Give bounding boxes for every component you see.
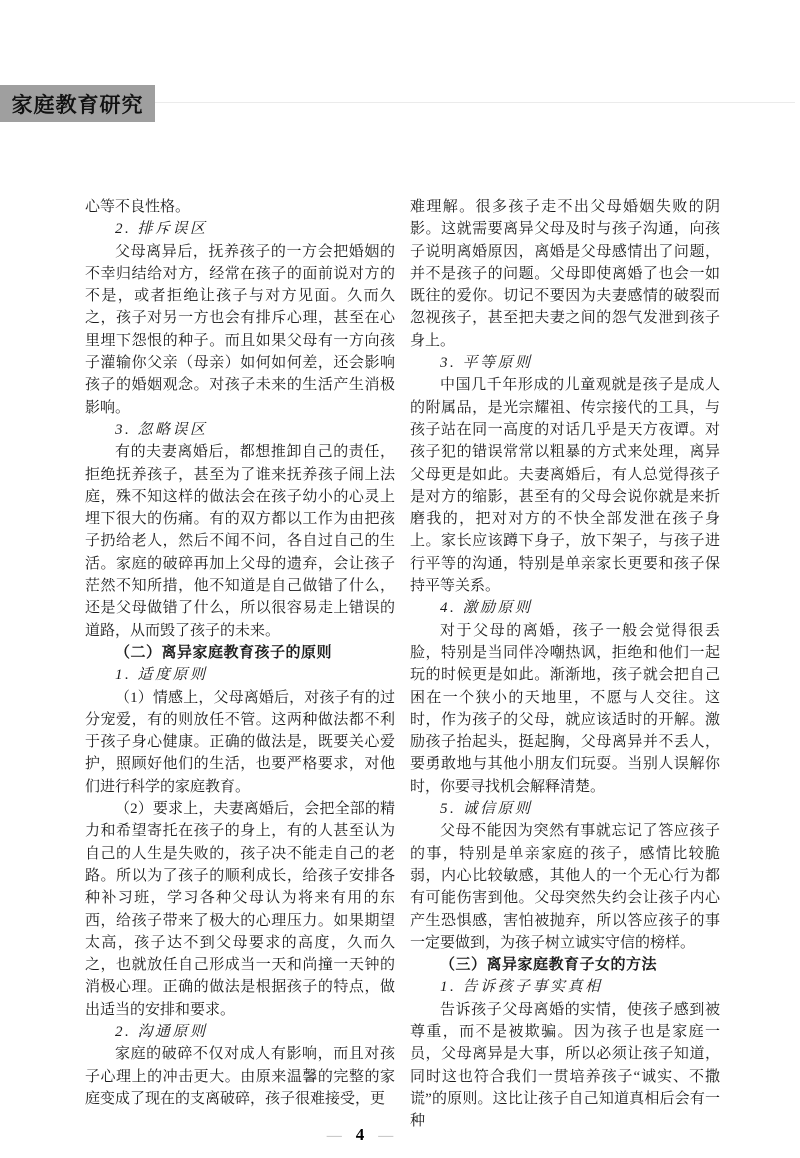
- paragraph: 家庭的破碎不仅对成人有影响，而且对孩子心理上的冲击更大。由原来温馨的完整的家庭变…: [85, 1043, 395, 1110]
- section-title: 家庭教育研究: [12, 89, 144, 119]
- paragraph: 父母不能因为突然有事就忘记了答应孩子的事，特别是单亲家庭的孩子，感情比较脆弱，内…: [410, 820, 720, 954]
- subheading-chengxin-yuanze: 5. 诚信原则: [410, 798, 720, 820]
- subheading-shidu-yuanze: 1. 适度原则: [85, 664, 395, 686]
- paragraph: 有的夫妻离婚后，都想推卸自己的责任，拒绝抚养孩子，甚至为了谁来抚养孩子闹上法庭，…: [85, 441, 395, 642]
- scanned-article-page: 家庭教育研究 心等不良性格。 2. 排斥误区 父母离异后，抚养孩子的一方会把婚姻…: [0, 0, 800, 1158]
- subheading-hulue-wuqu: 3. 忽略误区: [85, 419, 395, 441]
- left-column: 心等不良性格。 2. 排斥误区 父母离异后，抚养孩子的一方会把婚姻的不幸归结给对…: [85, 196, 395, 1132]
- page-number: 4: [356, 1125, 365, 1144]
- paragraph: （1）情感上，父母离婚后，对孩子有的过分宠爱，有的则放任不管。这两种做法都不利于…: [85, 687, 395, 798]
- paragraph: 父母离异后，抚养孩子的一方会把婚姻的不幸归结给对方，经常在孩子的面前说对方的不是…: [85, 241, 395, 419]
- section-heading-3: （三）离异家庭教育子女的方法: [410, 954, 720, 976]
- paragraph-continuation: 难理解。很多孩子走不出父母婚姻失败的阴影。这就需要离异父母及时与孩子沟通，向孩子…: [410, 196, 720, 352]
- paragraph: 告诉孩子父母离婚的实情，使孩子感到被尊重，而不是被欺骗。因为孩子也是家庭一员，父…: [410, 999, 720, 1133]
- subheading-jili-yuanze: 4. 激励原则: [410, 597, 720, 619]
- subheading-paichi-wuqu: 2. 排斥误区: [85, 218, 395, 240]
- subheading-goutong-yuanze: 2. 沟通原则: [85, 1021, 395, 1043]
- article-body: 心等不良性格。 2. 排斥误区 父母离异后，抚养孩子的一方会把婚姻的不幸归结给对…: [85, 196, 720, 1132]
- subheading-gaosu-zhenxiang: 1. 告诉孩子事实真相: [410, 976, 720, 998]
- section-header-box: 家庭教育研究: [0, 85, 155, 122]
- subheading-pingdeng-yuanze: 3. 平等原则: [410, 352, 720, 374]
- section-heading-2: （二）离异家庭教育孩子的原则: [85, 642, 395, 664]
- paragraph-continuation: 心等不良性格。: [85, 196, 395, 218]
- header-rule: [150, 102, 795, 103]
- paragraph: （2）要求上，夫妻离婚后，会把全部的精力和希望寄托在孩子的身上，有的人甚至认为自…: [85, 798, 395, 1021]
- page-footer: —4—: [85, 1124, 635, 1147]
- paragraph: 对于父母的离婚，孩子一般会觉得很丢脸，特别是当同伴冷嘲热讽，拒绝和他们一起玩的时…: [410, 620, 720, 798]
- paragraph: 中国几千年形成的儿童观就是孩子是成人的附属品，是光宗耀祖、传宗接代的工具，与孩子…: [410, 374, 720, 597]
- footer-dash-left: —: [327, 1128, 342, 1144]
- right-column: 难理解。很多孩子走不出父母婚姻失败的阴影。这就需要离异父母及时与孩子沟通，向孩子…: [410, 196, 720, 1132]
- footer-dash-right: —: [378, 1128, 393, 1144]
